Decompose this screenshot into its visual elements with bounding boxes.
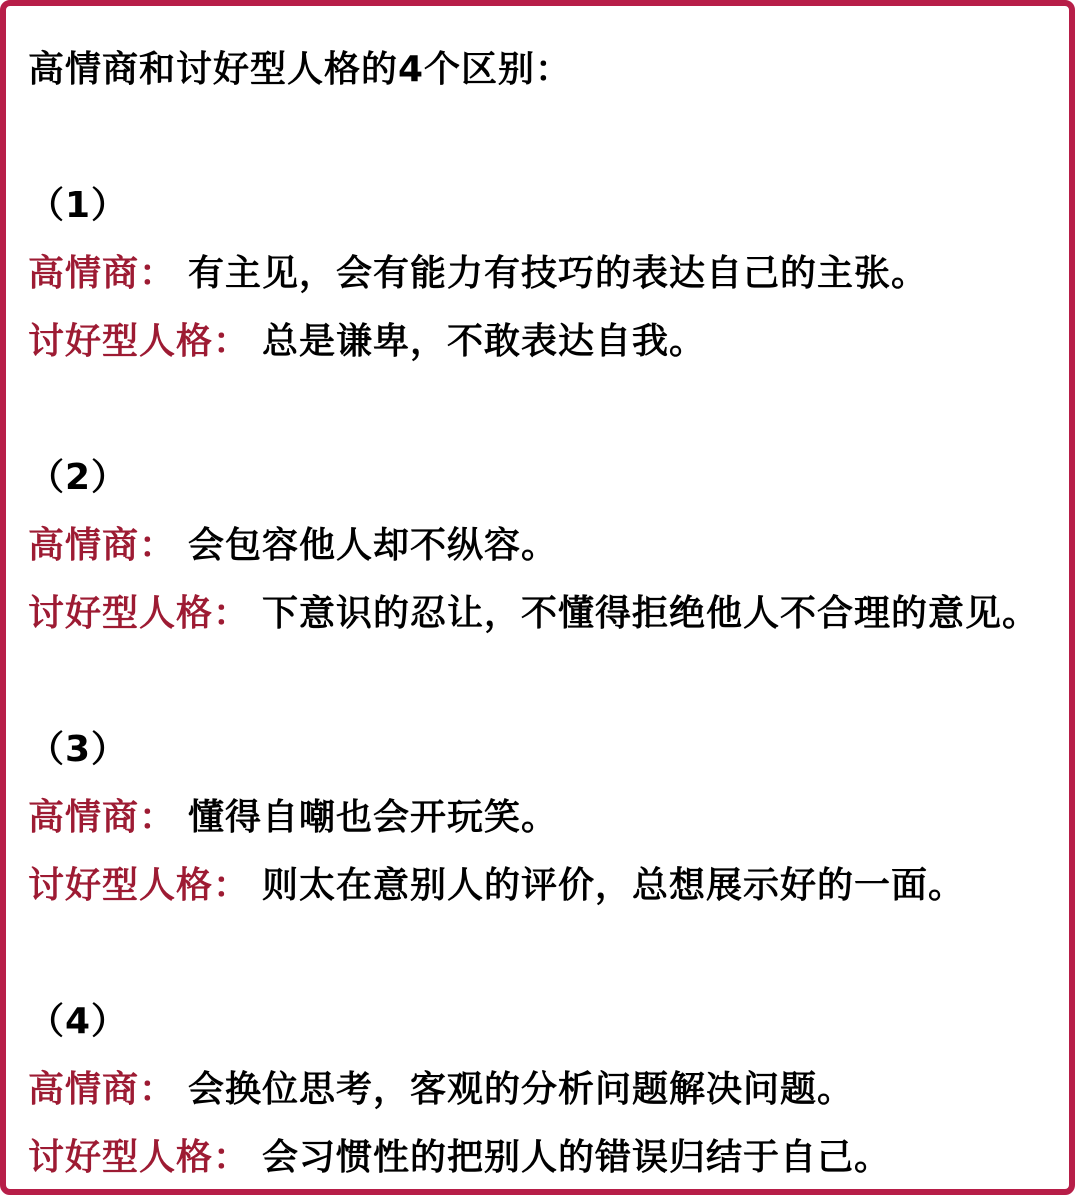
content-card: 高情商和讨好型人格的4个区别： （1） 高情商：有主见，会有能力有技巧的表达自己… [0,0,1075,1195]
high-eq-text: 会包容他人却不纵容。 [188,525,558,566]
people-pleaser-line: 讨好型人格：总是谦卑，不敢表达自我。 [28,308,1049,376]
section-4: （4） 高情商：会换位思考，客观的分析问题解决问题。 讨好型人格：会习惯性的把别… [28,988,1049,1192]
people-pleaser-line: 讨好型人格：则太在意别人的评价，总想展示好的一面。 [28,852,1049,920]
people-pleaser-text: 总是谦卑，不敢表达自我。 [262,321,706,362]
page-title: 高情商和讨好型人格的4个区别： [28,36,1049,104]
high-eq-label: 高情商： [28,525,176,566]
people-pleaser-label: 讨好型人格： [28,593,250,634]
section-number: （2） [28,444,1049,512]
section-1: （1） 高情商：有主见，会有能力有技巧的表达自己的主张。 讨好型人格：总是谦卑，… [28,172,1049,376]
people-pleaser-text: 则太在意别人的评价，总想展示好的一面。 [262,865,965,906]
people-pleaser-line: 讨好型人格：下意识的忍让，不懂得拒绝他人不合理的意见。 [28,580,1049,648]
high-eq-line: 高情商：有主见，会有能力有技巧的表达自己的主张。 [28,240,1049,308]
people-pleaser-text: 下意识的忍让，不懂得拒绝他人不合理的意见。 [262,593,1039,634]
high-eq-text: 懂得自嘲也会开玩笑。 [188,797,558,838]
people-pleaser-label: 讨好型人格： [28,1137,250,1178]
people-pleaser-text: 会习惯性的把别人的错误归结于自己。 [262,1137,891,1178]
section-number: （3） [28,716,1049,784]
section-2: （2） 高情商：会包容他人却不纵容。 讨好型人格：下意识的忍让，不懂得拒绝他人不… [28,444,1049,648]
high-eq-line: 高情商：会包容他人却不纵容。 [28,512,1049,580]
high-eq-line: 高情商：懂得自嘲也会开玩笑。 [28,784,1049,852]
people-pleaser-line: 讨好型人格：会习惯性的把别人的错误归结于自己。 [28,1124,1049,1192]
section-number: （4） [28,988,1049,1056]
high-eq-text: 有主见，会有能力有技巧的表达自己的主张。 [188,253,928,294]
high-eq-label: 高情商： [28,253,176,294]
high-eq-text: 会换位思考，客观的分析问题解决问题。 [188,1069,854,1110]
high-eq-line: 高情商：会换位思考，客观的分析问题解决问题。 [28,1056,1049,1124]
section-3: （3） 高情商：懂得自嘲也会开玩笑。 讨好型人格：则太在意别人的评价，总想展示好… [28,716,1049,920]
people-pleaser-label: 讨好型人格： [28,321,250,362]
section-number: （1） [28,172,1049,240]
people-pleaser-label: 讨好型人格： [28,865,250,906]
high-eq-label: 高情商： [28,797,176,838]
high-eq-label: 高情商： [28,1069,176,1110]
